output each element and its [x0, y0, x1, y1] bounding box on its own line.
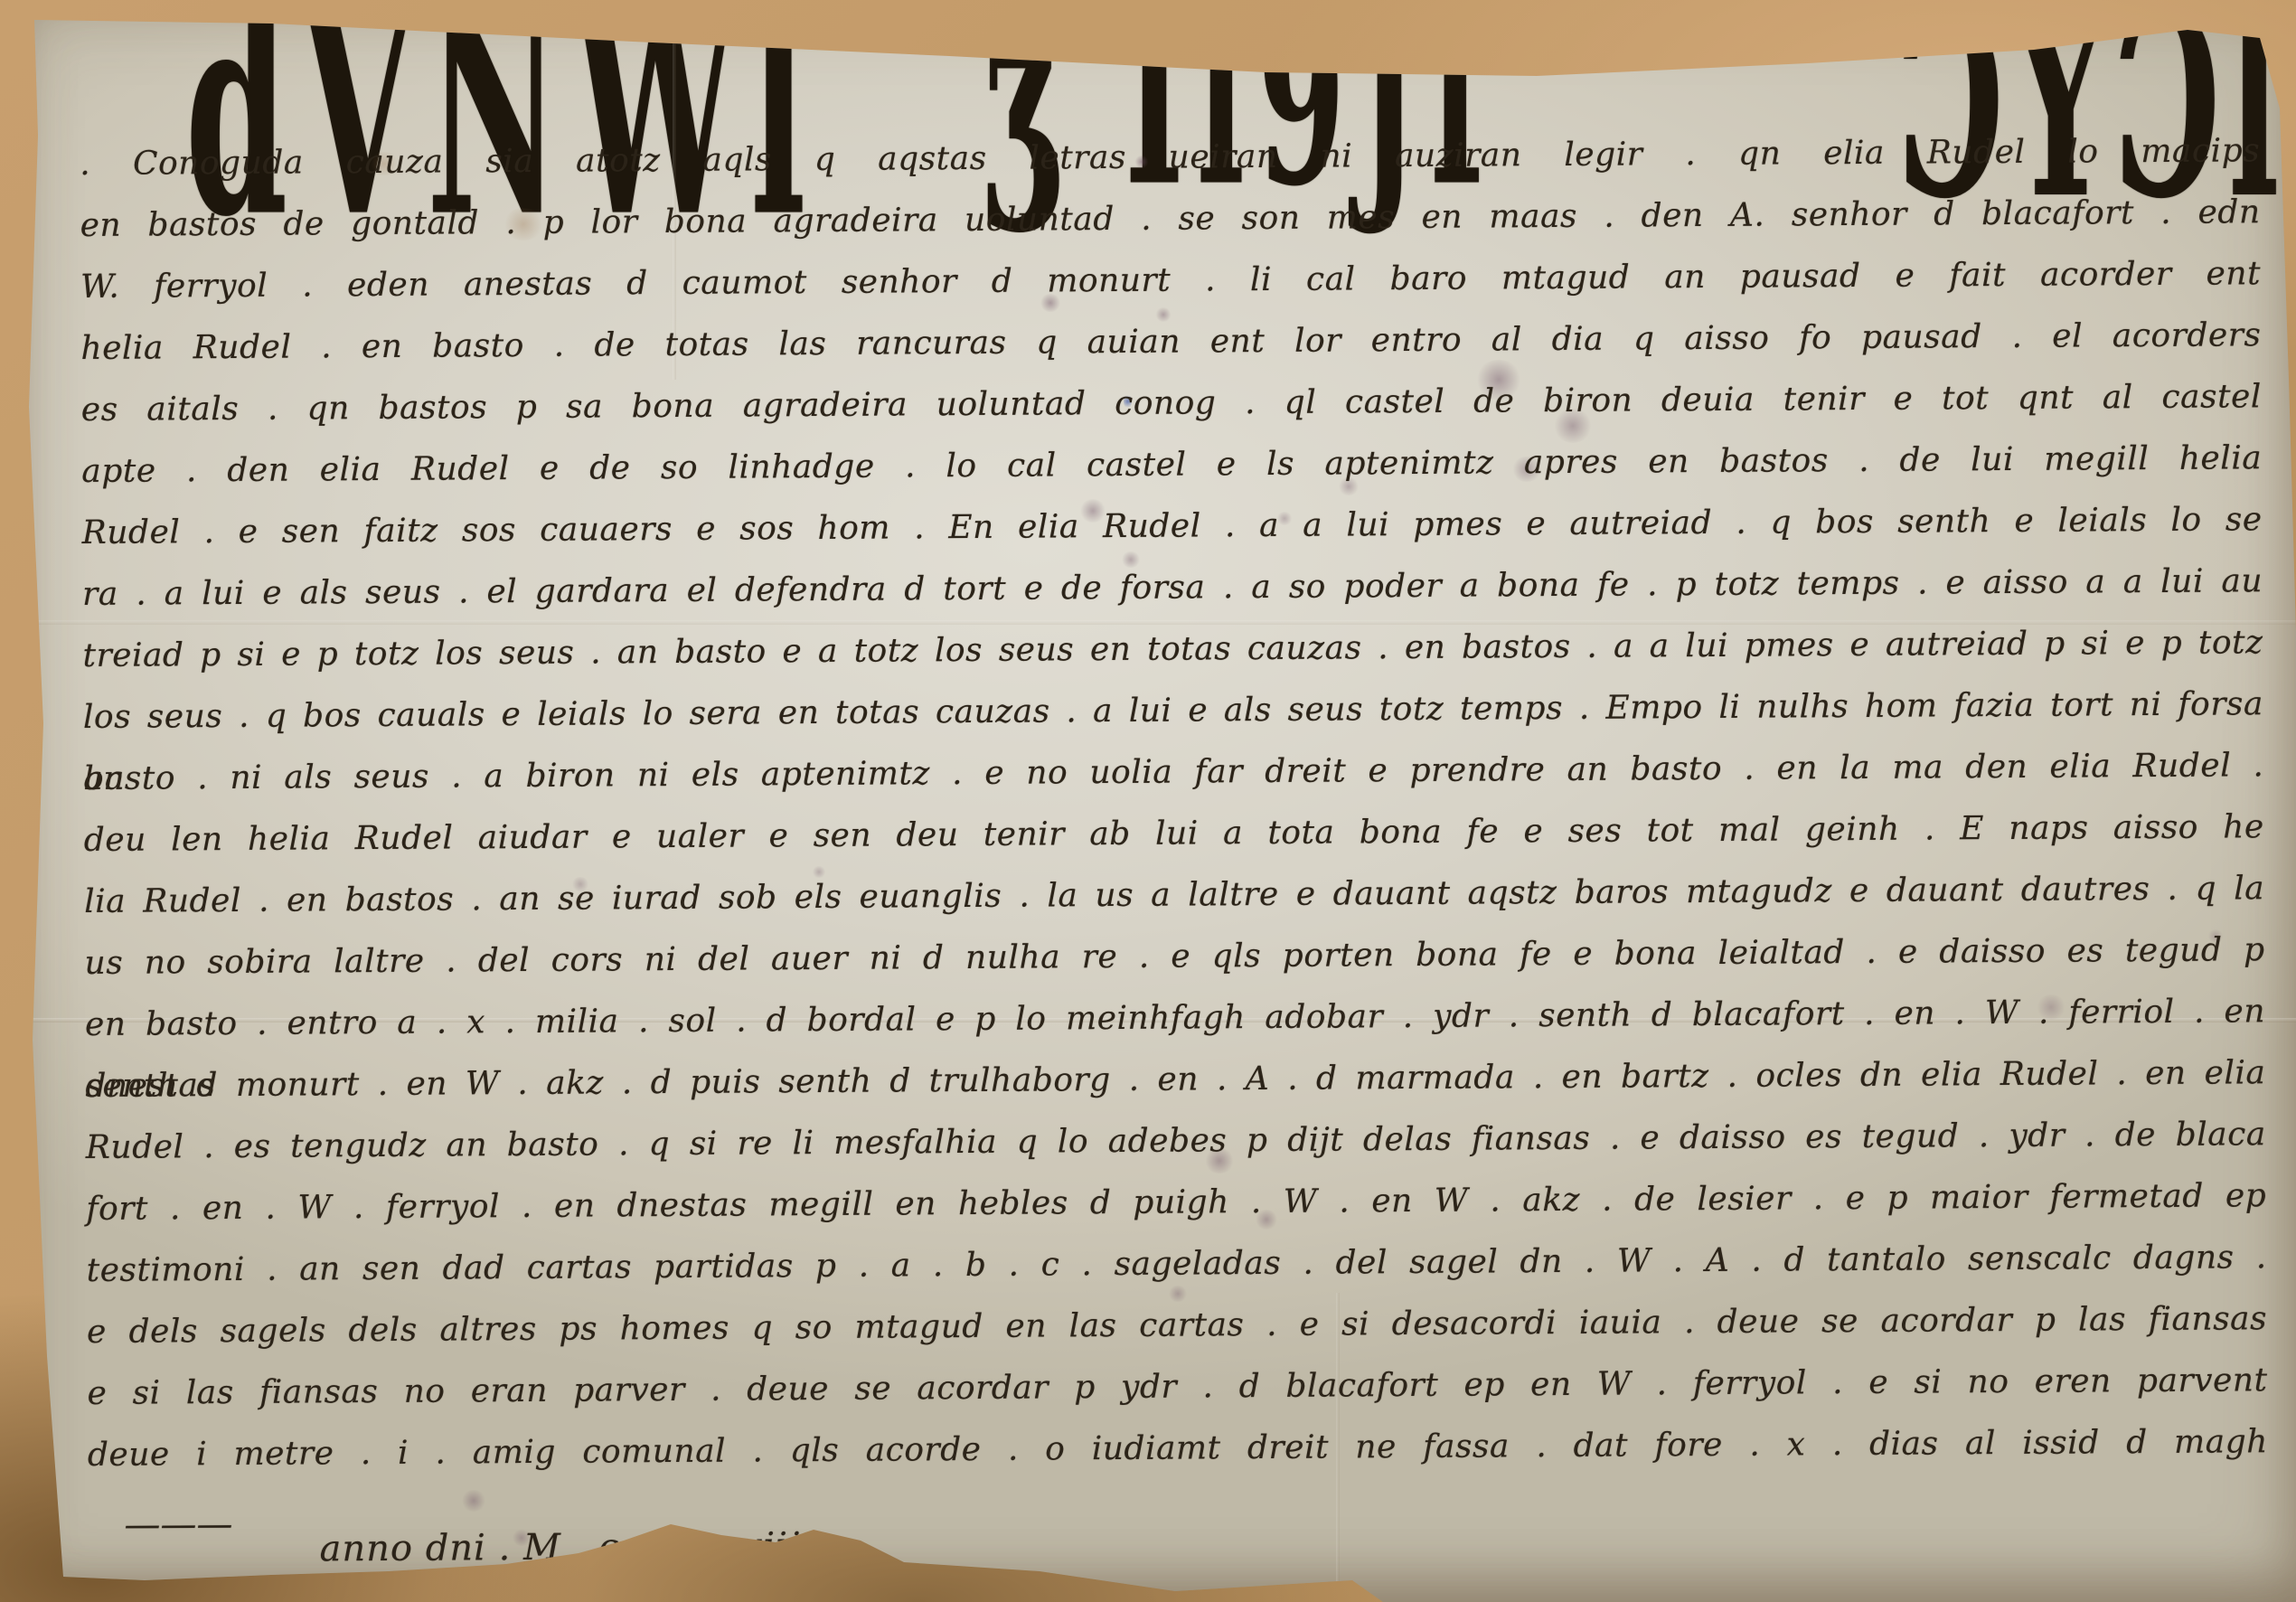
parchment-sheet: dVNWl ʒ Il9Jſ ƆYƆlU: . Conoguda c [0, 0, 2296, 1602]
manuscript-line: deue i metre . i . amig comunal . qls ac… [88, 1411, 2268, 1486]
line-filler-dash: ——— [124, 1493, 278, 1557]
manuscript-photograph: dVNWl ʒ Il9Jſ ƆYƆlU: . Conoguda c [0, 0, 2296, 1602]
manuscript-text-block: . Conoguda cauza sia atotz aqls q aqstas… [80, 120, 2269, 1582]
manuscript-date-line: ———anno dni . M . cc . xxxviij ; [88, 1480, 2269, 1582]
